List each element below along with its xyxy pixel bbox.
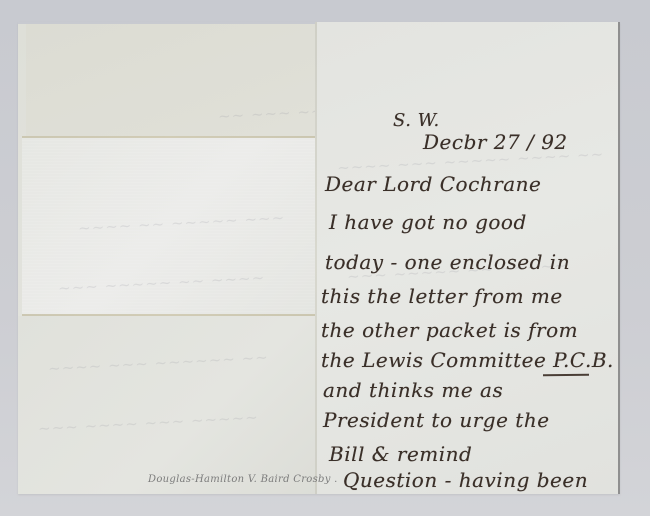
right-page: ~~~~ ~~~ ~~~~~ ~~~~ ~~ ~~~ ~~~~~ ~~ ~~~~…: [317, 22, 620, 494]
letter-body-line: Question - having been: [343, 468, 588, 492]
letter-body-line: Bill & remind: [329, 442, 472, 466]
letter-heading-address: S. W.: [393, 110, 440, 131]
letter-body-line: the other packet is from: [321, 318, 578, 342]
pencil-annotation: Douglas-Hamilton V. Baird Crosby .: [148, 474, 338, 485]
letter-body-line: the Lewis Committee P.C.B.: [321, 348, 614, 372]
underline-pcb: [543, 374, 589, 376]
letter-salutation: Dear Lord Cochrane: [325, 172, 541, 196]
horizontal-fold-upper: [22, 136, 316, 138]
letter-date: Decbr 27 / 92: [423, 130, 568, 154]
letter-body-line: President to urge the: [323, 408, 550, 432]
letter-body-line: today - one enclosed in: [325, 250, 570, 274]
horizontal-fold-lower: [22, 314, 316, 316]
letter-body-line: I have got no good: [329, 210, 527, 234]
letter-sheet: ~~ ~~~ ~~~~ ~~~~ ~~ ~~~~~ ~~~ ~~~ ~~~~~ …: [18, 22, 620, 494]
left-page: ~~ ~~~ ~~~~ ~~~~ ~~ ~~~~~ ~~~ ~~~ ~~~~~ …: [18, 24, 316, 494]
letter-body-line: this the letter from me: [321, 284, 563, 308]
left-page-bottom-panel: [18, 316, 316, 494]
letter-body-line: and thinks me as: [323, 378, 503, 402]
